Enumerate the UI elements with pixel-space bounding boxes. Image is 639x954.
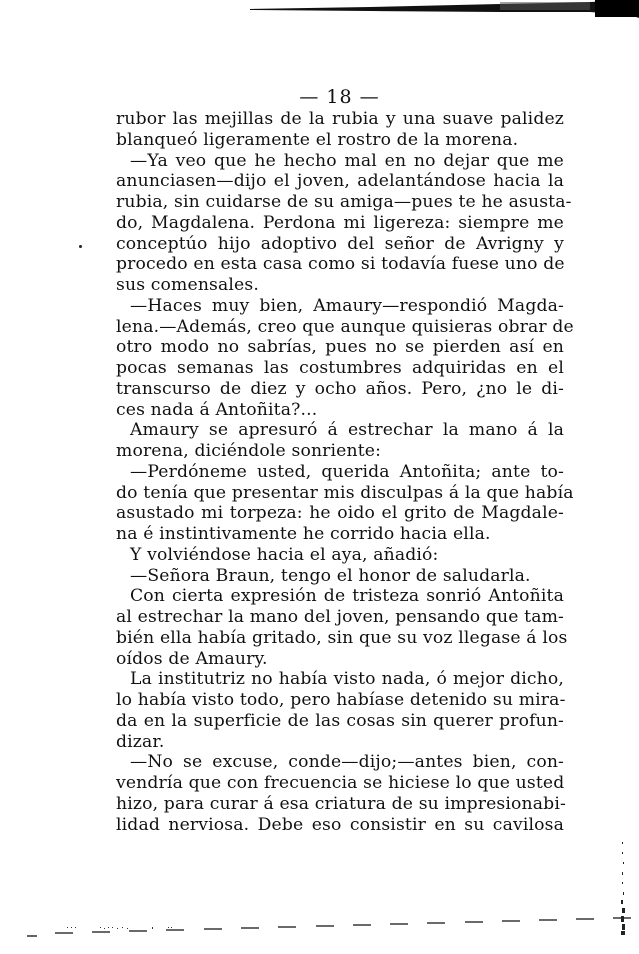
text-line: dizar. [116, 732, 564, 753]
text-line: Y volviéndose hacia el aya, añadió: [116, 545, 564, 566]
text-line: —No se excuse, conde—dijo;—antes bien, c… [116, 752, 564, 773]
margin-speck [79, 245, 82, 248]
text-line: anunciasen—dijo el joven, adelantándose … [116, 171, 564, 192]
text-line: Con cierta expresión de tristeza sonrió … [116, 586, 564, 607]
text-line: —Perdóneme usted, querida Antoñita; ante… [116, 462, 564, 483]
binding-edge-noise [620, 840, 626, 940]
text-line: Amaury se apresuró á estrechar la mano á… [116, 420, 564, 441]
text-line: morena, diciéndole sonriente: [116, 441, 564, 462]
text-line: —Ya veo que he hecho mal en no dejar que… [116, 151, 564, 172]
text-line: procedo en esta casa como si todavía fue… [116, 254, 564, 275]
text-line: asustado mi torpeza: he oido el grito de… [116, 503, 564, 524]
text-line: oídos de Amaury. [116, 649, 564, 670]
footer-dashed-rule [0, 900, 639, 954]
page-body-text: rubor las mejillas de la rubia y una sua… [116, 109, 564, 835]
text-line: ces nada á Antoñita?... [116, 400, 564, 421]
text-line: lo había visto todo, pero habíase deteni… [116, 690, 564, 711]
text-line: La institutriz no había visto nada, ó me… [116, 669, 564, 690]
text-line: do tenía que presentar mis disculpas á l… [116, 483, 564, 504]
text-line: do, Magdalena. Perdona mi ligereza: siem… [116, 213, 564, 234]
text-line: sus comensales. [116, 275, 564, 296]
text-line: pocas semanas las costumbres adquiridas … [116, 358, 564, 379]
text-line: rubor las mejillas de la rubia y una sua… [116, 109, 564, 130]
text-line: vendría que con frecuencia se hiciese lo… [116, 773, 564, 794]
text-line: da en la superficie de las cosas sin que… [116, 711, 564, 732]
page-number: — 18 — [0, 86, 639, 108]
text-line: transcurso de diez y ocho años. Pero, ¿n… [116, 379, 564, 400]
text-line: blanqueó ligeramente el rostro de la mor… [116, 130, 564, 151]
text-line: al estrechar la mano del joven, pensando… [116, 607, 564, 628]
text-line: bién ella había gritado, sin que su voz … [116, 628, 564, 649]
text-line: lidad nerviosa. Debe eso consistir en su… [116, 815, 564, 836]
text-line: —Señora Braun, tengo el honor de saludar… [116, 566, 564, 587]
scan-edge-shadow [250, 0, 639, 18]
text-line: hizo, para curar á esa criatura de su im… [116, 794, 564, 815]
text-line: lena.—Además, creo que aunque quisieras … [116, 317, 564, 338]
text-line: —Haces muy bien, Amaury—respondió Magda- [116, 296, 564, 317]
text-line: na é instintivamente he corrido hacia el… [116, 524, 564, 545]
text-line: otro modo no sabrías, pues no se pierden… [116, 337, 564, 358]
text-line: rubia, sin cuidarse de su amiga—pues te … [116, 192, 564, 213]
text-line: conceptúo hijo adoptivo del señor de Avr… [116, 234, 564, 255]
